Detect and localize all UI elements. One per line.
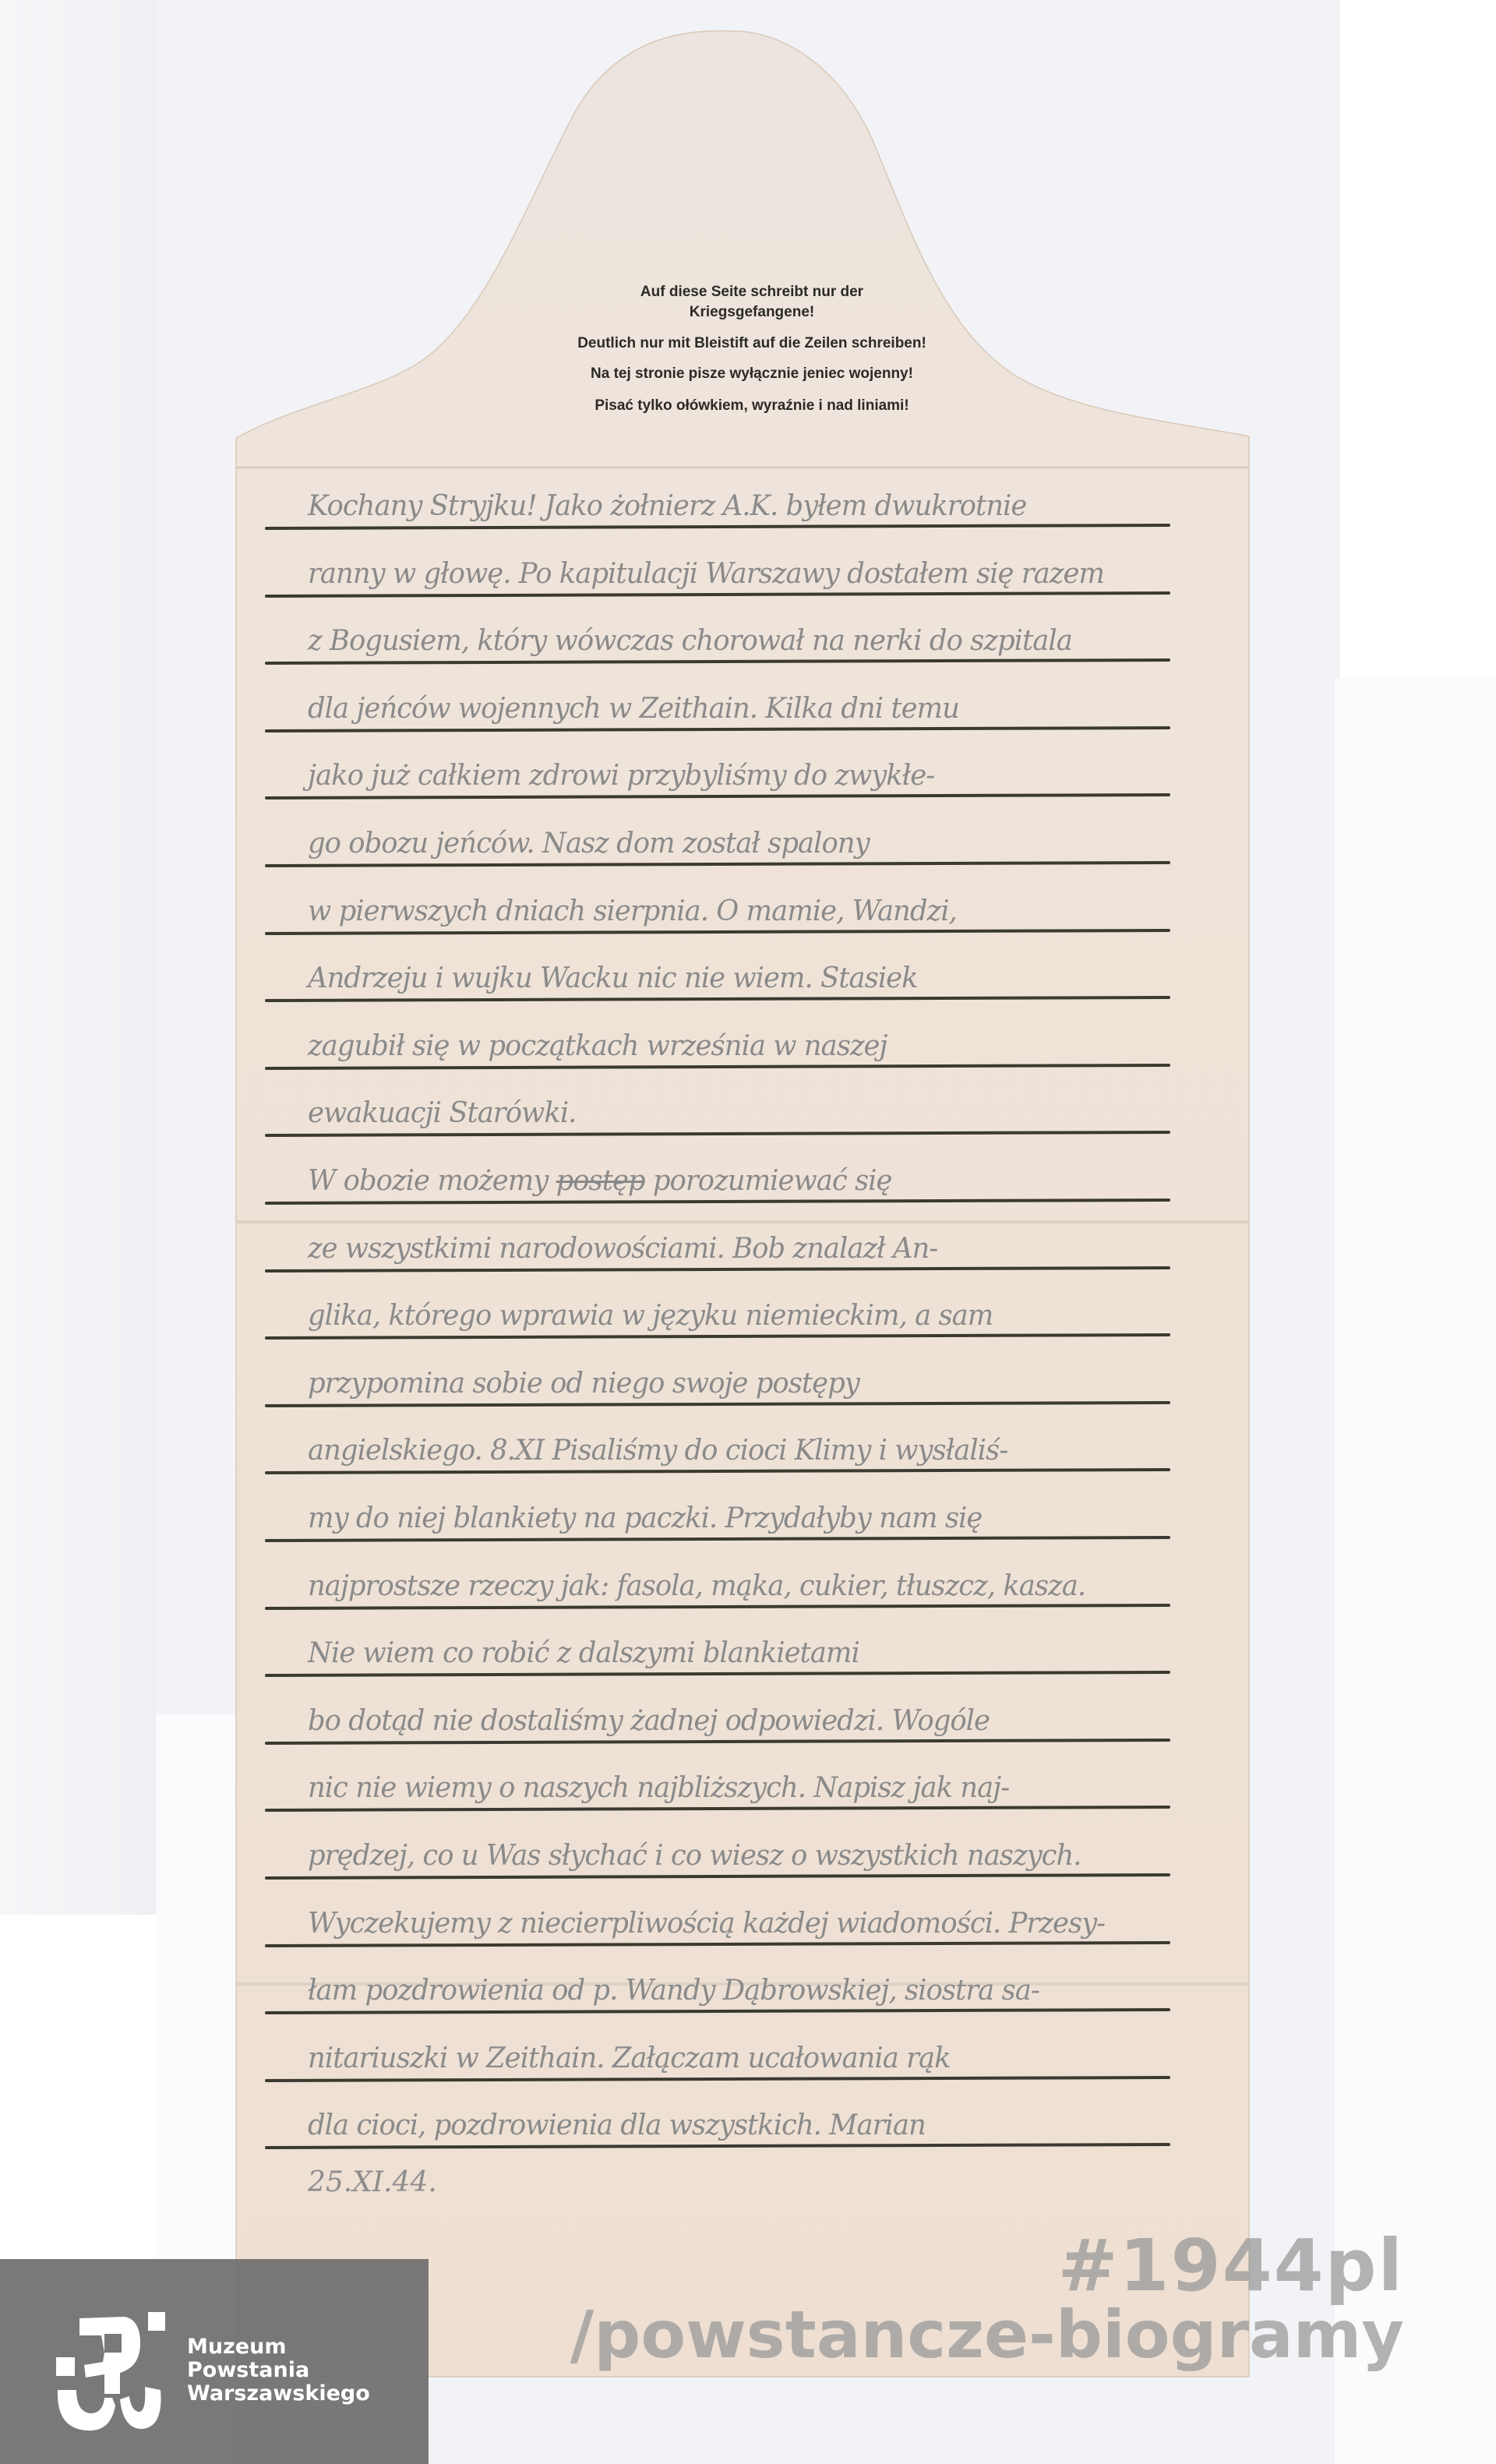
handwritten-line: W obozie możemy postęp porozumiewać się	[308, 1167, 1204, 1195]
handwritten-line: ranny w głowę. Po kapitulacji Warszawy d…	[308, 560, 1204, 588]
instruction-de-line2: Kriegsgefangene!	[436, 305, 1067, 319]
handwritten-line: ewakuacji Starówki.	[308, 1100, 1204, 1128]
handwritten-line: najprostsze rzeczy jak: fasola, mąka, cu…	[308, 1573, 1204, 1601]
handwritten-line: z Bogusiem, który wówczas chorował na ne…	[308, 627, 1204, 655]
handwritten-line: go obozu jeńców. Nasz dom został spalony	[308, 830, 1204, 858]
handwritten-line: Nie wiem co robić z dalszymi blankietami	[308, 1640, 1204, 1668]
museum-name: Muzeum Powstania Warszawskiego	[187, 2335, 370, 2406]
handwritten-line: Wyczekujemy z niecierpliwością każdej wi…	[308, 1910, 1204, 1938]
museum-logo-panel: Muzeum Powstania Warszawskiego	[0, 2259, 429, 2464]
path-watermark: /powstancze-biogramy	[570, 2299, 1404, 2370]
museum-name-line2: Powstania	[187, 2359, 370, 2382]
handwritten-line: prędzej, co u Was słychać i co wiesz o w…	[308, 1842, 1204, 1870]
hashtag-watermark: #1944pl	[1057, 2227, 1404, 2305]
handwritten-line: angielskiego. 8.XI Pisaliśmy do cioci Kl…	[308, 1437, 1204, 1465]
handwritten-line: łam pozdrowienia od p. Wandy Dąbrowskiej…	[308, 1977, 1204, 2005]
letter-date: 25.XI.44.	[308, 2166, 437, 2198]
handwritten-line: nitariuszki w Zeithain. Załączam ucałowa…	[308, 2045, 1204, 2073]
instruction-de-line3: Deutlich nur mit Bleistift auf die Zeile…	[436, 336, 1067, 351]
handwritten-line: Kochany Stryjku! Jako żołnierz A.K. byłe…	[308, 492, 1204, 521]
handwritten-line: my do niej blankiety na paczki. Przydały…	[308, 1505, 1204, 1533]
handwritten-line: dla cioci, pozdrowienia dla wszystkich. …	[308, 2112, 1204, 2140]
handwritten-line: w pierwszych dniach sierpnia. O mamie, W…	[308, 898, 1204, 926]
kotwica-anchor-icon	[56, 2312, 165, 2435]
museum-name-line1: Muzeum	[187, 2335, 370, 2359]
handwritten-line: Andrzeju i wujku Wacku nic nie wiem. Sta…	[308, 965, 1204, 993]
handwritten-line: dla jeńców wojennych w Zeithain. Kilka d…	[308, 695, 1204, 723]
museum-name-line3: Warszawskiego	[187, 2382, 370, 2406]
handwritten-line: glika, którego wprawia w języku niemieck…	[308, 1302, 1204, 1330]
handwritten-line: zagubił się w początkach września w nasz…	[308, 1033, 1204, 1061]
instruction-pl-line2: Pisać tylko ołówkiem, wyraźnie i nad lin…	[436, 398, 1067, 413]
handwritten-line: ze wszystkimi narodowościami. Bob znalaz…	[308, 1235, 1204, 1263]
instruction-pl-line1: Na tej stronie pisze wyłącznie jeniec wo…	[436, 366, 1067, 381]
handwritten-line: bo dotąd nie dostaliśmy żadnej odpowiedz…	[308, 1707, 1204, 1735]
handwritten-line: jako już całkiem zdrowi przybyliśmy do z…	[308, 762, 1204, 790]
handwritten-line: przypomina sobie od niego swoje postępy	[308, 1370, 1204, 1398]
handwritten-line: nic nie wiemy o naszych najbliższych. Na…	[308, 1774, 1204, 1802]
instruction-de-line1: Auf diese Seite schreibt nur der	[436, 284, 1067, 299]
